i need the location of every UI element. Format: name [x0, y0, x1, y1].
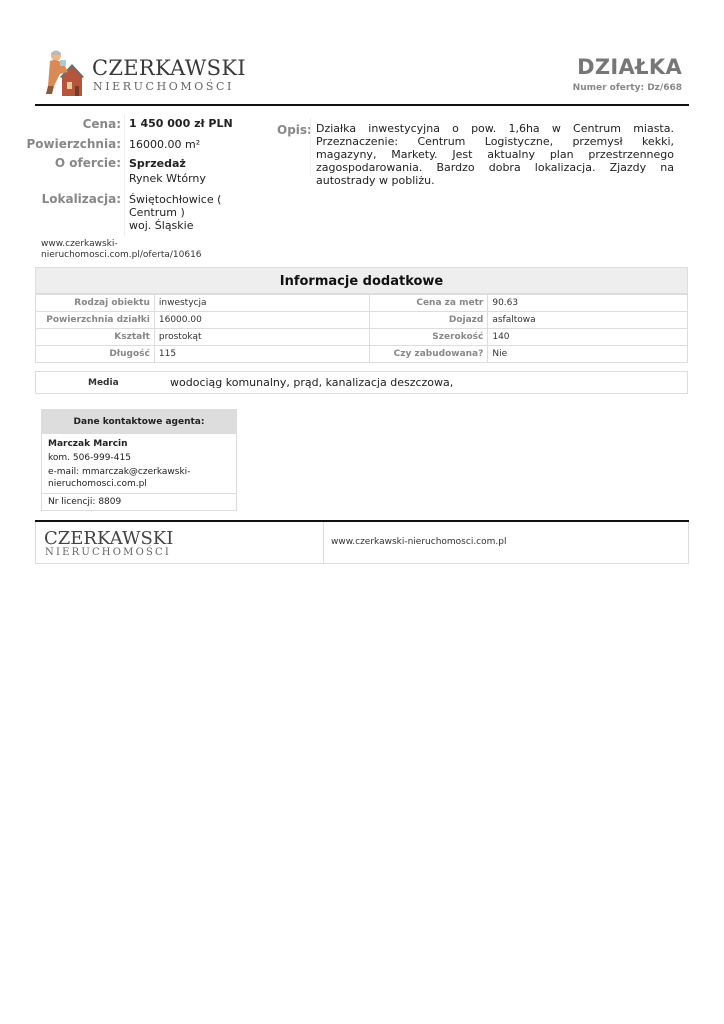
info-table-row: Długość115Czy zabudowana?Nie — [36, 346, 688, 363]
price-value: 1 450 000 zł PLN — [129, 117, 233, 131]
description-divider — [310, 118, 311, 176]
footer: CZERKAWSKI NIERUCHOMOŚCI www.czerkawski-… — [35, 522, 689, 564]
offer-number: Numer oferty: Dz/668 — [573, 83, 682, 93]
info-label: Długość — [36, 346, 155, 363]
offer-type: Sprzedaż — [129, 157, 186, 171]
header-divider — [35, 104, 689, 106]
media-label: Media — [88, 378, 119, 388]
footer-column-divider — [323, 522, 324, 563]
agent-email-line2: nieruchomosci.com.pl — [48, 478, 230, 490]
agent-card-heading: Dane kontaktowe agenta: — [42, 410, 236, 434]
offer-url-link[interactable]: www.czerkawski- nieruchomosci.com.pl/ofe… — [41, 239, 202, 261]
info-label: Rodzaj obiektu — [36, 295, 155, 312]
property-type-title: DZIAŁKA — [577, 55, 682, 79]
offer-url-line1: www.czerkawski- — [41, 239, 202, 250]
additional-info-heading: Informacje dodatkowe — [35, 267, 688, 294]
agent-license: Nr licencji: 8809 — [42, 494, 236, 510]
info-table-row: Powierzchnia działki16000.00Dojazdasfalt… — [36, 312, 688, 329]
info-value: prostokąt — [154, 329, 370, 346]
info-label: Szerokość — [370, 329, 488, 346]
info-table-row: Rodzaj obiektuinwestycjaCena za metr90.6… — [36, 295, 688, 312]
media-value: wodociąg komunalny, prąd, kanalizacja de… — [170, 376, 453, 389]
footer-brand-name: CZERKAWSKI — [44, 528, 173, 549]
footer-website-link[interactable]: www.czerkawski-nieruchomosci.com.pl — [331, 537, 506, 547]
info-label: Powierzchnia działki — [36, 312, 155, 329]
details-divider — [124, 114, 125, 236]
agent-email-line1: e-mail: mmarczak@czerkawski- — [48, 466, 230, 478]
description-label: Opis: — [277, 123, 312, 137]
additional-info-table: Rodzaj obiektuinwestycjaCena za metr90.6… — [35, 294, 688, 363]
price-label: Cena: — [83, 117, 121, 131]
info-value: 115 — [154, 346, 370, 363]
info-table-row: KształtprostokątSzerokość140 — [36, 329, 688, 346]
info-value: 140 — [488, 329, 688, 346]
offer-label: O ofercie: — [55, 156, 121, 170]
location-city: Świętochłowice ( — [129, 193, 221, 207]
info-value: 16000.00 — [154, 312, 370, 329]
location-district: Centrum ) — [129, 206, 185, 220]
info-value: 90.63 — [488, 295, 688, 312]
agent-name: Marczak Marcin — [48, 438, 230, 450]
brand-subtitle: NIERUCHOMOŚCI — [93, 80, 234, 93]
agent-email[interactable]: e-mail: mmarczak@czerkawski- nieruchomos… — [48, 466, 230, 490]
company-logo: CZERKAWSKI NIERUCHOMOŚCI — [42, 46, 242, 98]
info-label: Kształt — [36, 329, 155, 346]
brand-name: CZERKAWSKI — [92, 56, 246, 80]
location-region: woj. Śląskie — [129, 219, 193, 233]
offer-url-line2: nieruchomosci.com.pl/oferta/10616 — [41, 250, 202, 261]
agent-phone: kom. 506-999-415 — [48, 452, 230, 464]
footer-brand-subtitle: NIERUCHOMOŚCI — [45, 547, 171, 558]
description-text: Działka inwestycyjna o pow. 1,6ha w Cent… — [316, 122, 674, 187]
agent-contact-card: Dane kontaktowe agenta: Marczak Marcin k… — [41, 409, 237, 511]
info-label: Czy zabudowana? — [370, 346, 488, 363]
area-label: Powierzchnia: — [27, 137, 122, 151]
media-row: Media wodociąg komunalny, prąd, kanaliza… — [35, 371, 688, 394]
location-label: Lokalizacja: — [42, 192, 121, 206]
area-value: 16000.00 m² — [129, 138, 200, 152]
info-value: asfaltowa — [488, 312, 688, 329]
info-value: inwestycja — [154, 295, 370, 312]
info-value: Nie — [488, 346, 688, 363]
offer-market: Rynek Wtórny — [129, 172, 206, 186]
info-label: Cena za metr — [370, 295, 488, 312]
agent-house-illustration-icon — [42, 46, 86, 98]
info-label: Dojazd — [370, 312, 488, 329]
